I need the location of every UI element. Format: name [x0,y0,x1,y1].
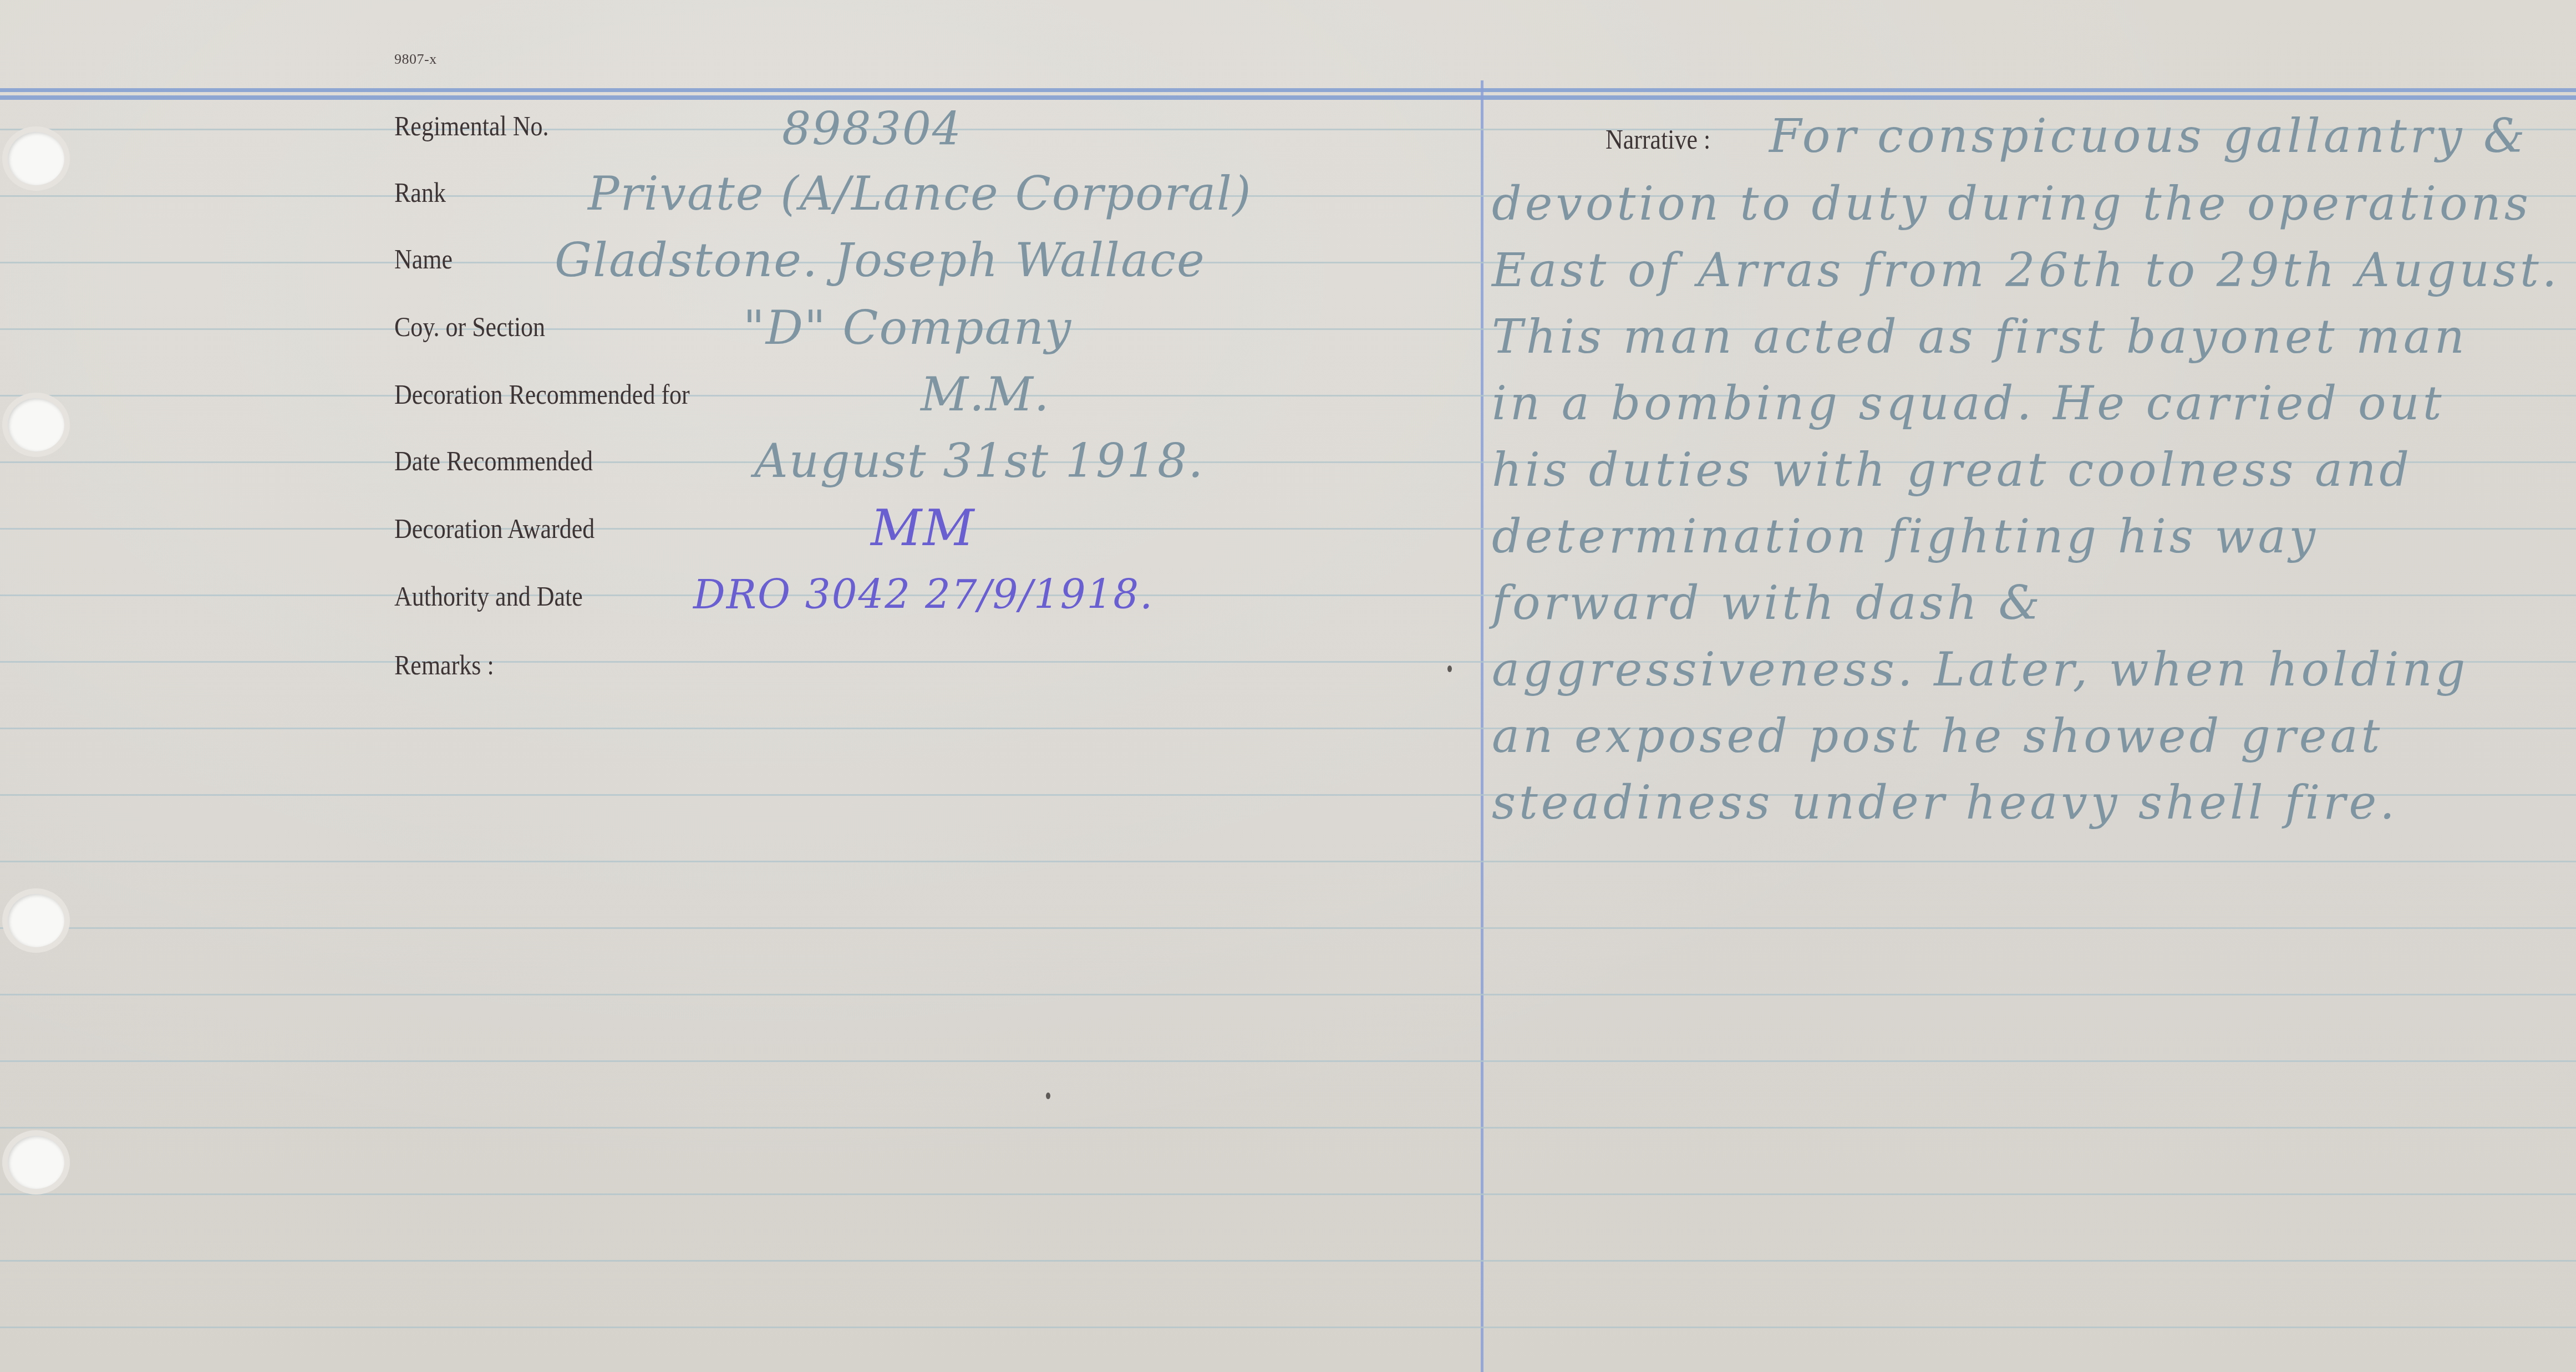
value-date-recommended: August 31st 1918. [754,434,1204,488]
label-narrative: Narrative : [1605,123,1710,155]
label-rank: Rank [394,176,446,209]
punch-hole [8,132,64,185]
ruled-line [0,594,2576,596]
header-rule-top [0,88,2576,92]
narrative-line: This man acted as first bayonet man [1492,309,2468,364]
label-decoration-recommended: Decoration Recommended for [394,378,690,410]
value-rank: Private (A/Lance Corporal) [588,166,1252,221]
narrative-line: his duties with great coolness and [1492,443,2412,497]
narrative-line: East of Arras from 26th to 29th August. [1492,243,2560,297]
label-regimental-no: Regimental No. [394,110,549,142]
ruled-line [0,1260,2576,1262]
ruled-line [0,1127,2576,1129]
value-decoration-awarded: MM [871,499,975,557]
punch-hole [8,894,64,947]
ruled-line [0,861,2576,862]
label-authority-date: Authority and Date [394,580,583,612]
column-divider [1481,80,1483,1372]
ruled-line [0,1193,2576,1195]
ruled-line [0,1327,2576,1328]
value-authority-date: DRO 3042 27/9/1918. [693,571,1154,618]
narrative-line: devotion to duty during the operations [1492,176,2532,231]
label-name: Name [394,243,453,275]
narrative-line: determination fighting his way [1492,509,2319,563]
paper-speck [1046,1092,1050,1099]
label-remarks: Remarks : [394,649,494,681]
ruled-line [0,927,2576,929]
narrative-line: in a bombing squad. He carried out [1492,376,2445,430]
label-date-recommended: Date Recommended [394,445,593,477]
narrative-line: an exposed post he showed great [1492,709,2383,763]
header-rule-bottom [0,95,2576,100]
narrative-line: For conspicuous gallantry & [1769,109,2528,163]
value-coy-section: "D" Company [743,301,1072,355]
punch-hole [8,1136,64,1189]
value-name: Gladstone. Joseph Wallace [555,233,1206,287]
narrative-line: forward with dash & [1492,576,2043,630]
form-code: 9807-x [394,51,437,68]
narrative-line: aggressiveness. Later, when holding [1492,642,2468,697]
value-regimental-no: 898304 [782,103,962,156]
label-decoration-awarded: Decoration Awarded [394,512,595,545]
award-record-card: 9807-x Regimental No. Rank Name Coy. or … [0,0,2576,1372]
narrative-line: steadiness under heavy shell fire. [1492,775,2398,830]
label-coy-section: Coy. or Section [394,311,545,343]
ruled-line [0,994,2576,995]
paper-speck [1447,665,1452,672]
punch-hole [8,398,64,451]
ruled-line [0,1060,2576,1062]
value-decoration-recommended: M.M. [921,367,1050,421]
